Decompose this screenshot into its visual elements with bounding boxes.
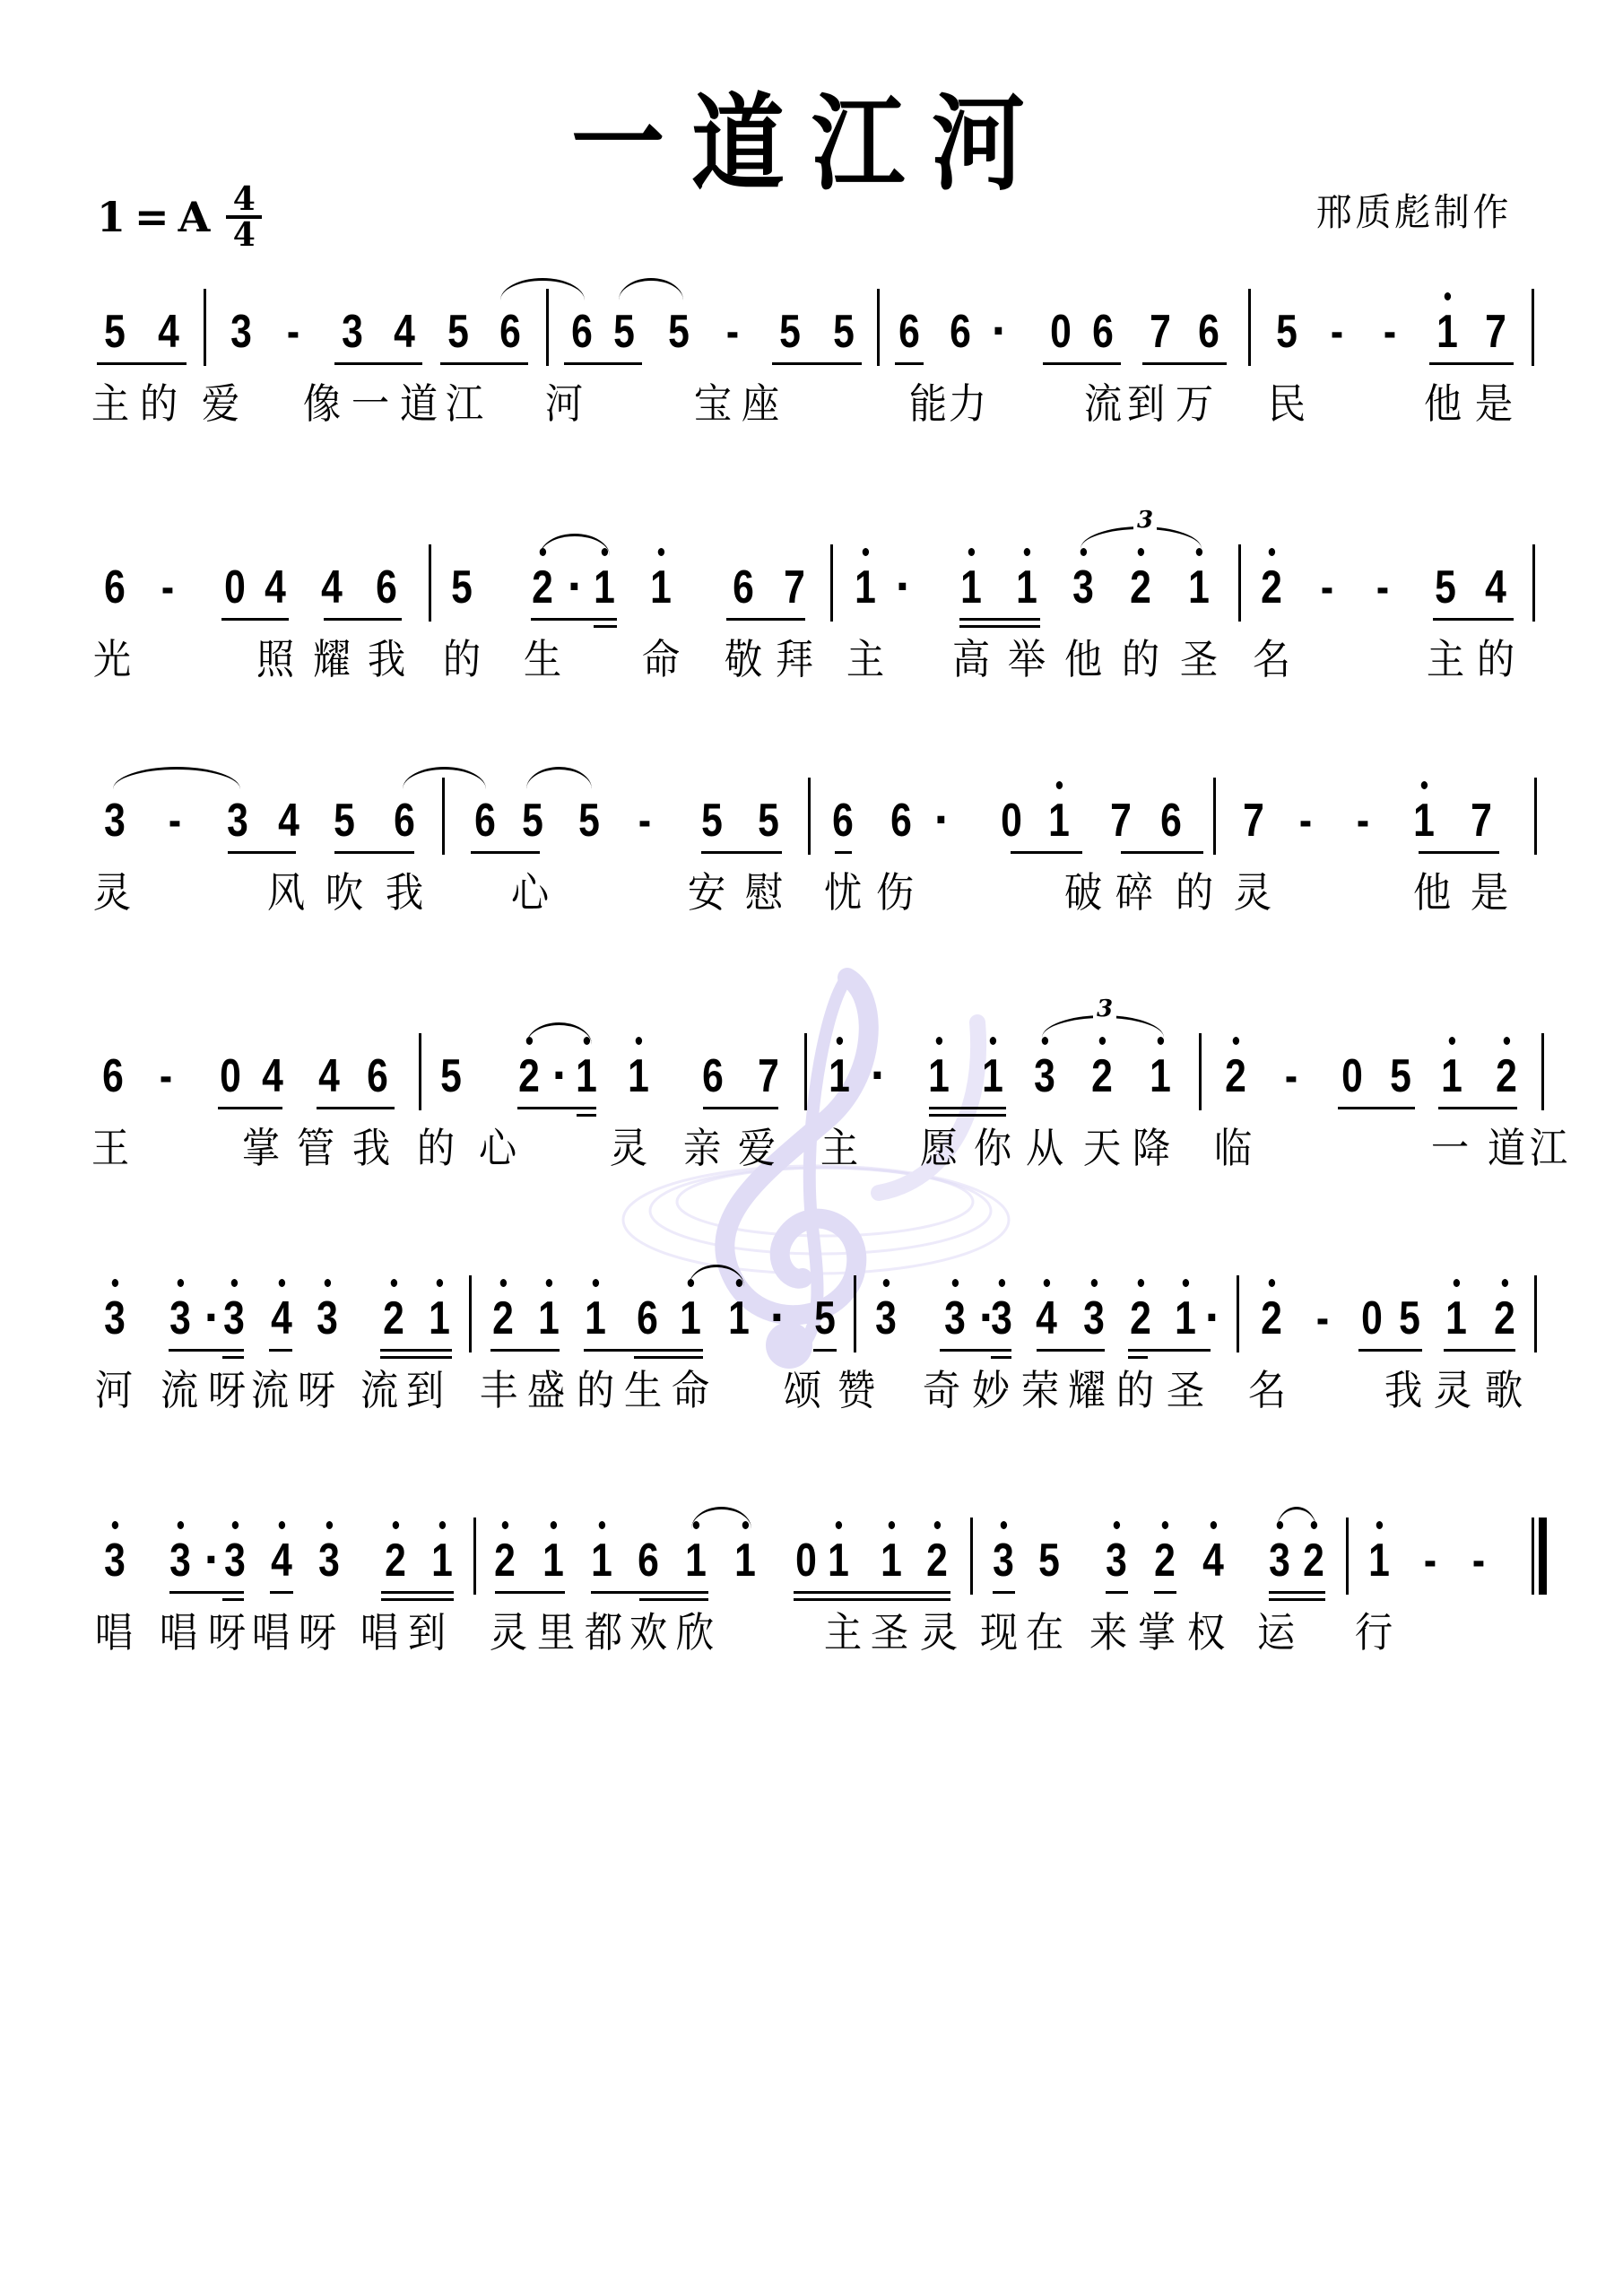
barline (877, 289, 880, 366)
lyric-char: 名 (1245, 1363, 1289, 1417)
extension-dash: - (1464, 1534, 1494, 1587)
lyric-char: 安 (684, 865, 729, 919)
high-octave-dot-icon (1099, 1037, 1106, 1045)
note: 1 (731, 1534, 760, 1587)
barline (1534, 778, 1537, 855)
lyric-char: 圣 (1163, 1363, 1208, 1417)
high-octave-dot-icon (1114, 1521, 1120, 1529)
lyric-char: 妙 (968, 1363, 1013, 1417)
underline-beam (703, 1107, 778, 1109)
note: 1 (624, 1049, 654, 1103)
note: 4 (315, 1049, 344, 1103)
score-row: 6-044652·11671·113212--543光照耀我的生命敬拜主高举他的… (0, 561, 1623, 740)
note: 3 (1080, 1291, 1109, 1345)
lyric-char: 欢 (626, 1605, 671, 1659)
note: 2 (1257, 561, 1287, 614)
note: 5 (811, 1291, 840, 1345)
high-octave-dot-icon (1196, 548, 1202, 556)
final-barline-thin (1532, 1518, 1534, 1595)
note: 1 (676, 1291, 706, 1345)
lyric-char: 赞 (834, 1363, 879, 1417)
high-octave-dot-icon (1449, 1037, 1455, 1045)
underline-beam (1358, 1349, 1422, 1352)
note: 5 (1272, 305, 1302, 359)
note: 3 (166, 1534, 195, 1587)
underline-beam (1128, 1349, 1211, 1352)
note: 1 (681, 1534, 711, 1587)
underline-beam (380, 1356, 452, 1359)
lyric-char: 灵 (1430, 1363, 1475, 1417)
underline-beam (495, 1591, 565, 1594)
lyric-char: 呀 (204, 1363, 249, 1417)
barline (1532, 289, 1534, 366)
underline-beam (471, 851, 540, 854)
underline-beam (221, 618, 289, 621)
extension-dash: - (1308, 1291, 1338, 1345)
lyric-char: 到 (403, 1363, 447, 1417)
lyric-char: 到 (1124, 377, 1168, 430)
lyric-char: 流 (247, 1363, 292, 1417)
high-octave-dot-icon (1269, 548, 1275, 556)
note: 4 (1481, 561, 1511, 614)
underline-beam (1444, 1349, 1515, 1352)
lyric-char: 宝 (690, 377, 735, 430)
note: 1 (539, 1534, 568, 1587)
high-octave-dot-icon (1042, 1037, 1048, 1045)
note: 4 (1199, 1534, 1228, 1587)
lyric-char: 耀 (309, 632, 354, 686)
note: 4 (1032, 1291, 1062, 1345)
high-octave-dot-icon (112, 1521, 118, 1529)
lyric-char: 在 (1022, 1605, 1067, 1659)
note: 2 (1221, 1049, 1251, 1103)
note: 0 (221, 561, 250, 614)
slur-arc (403, 767, 486, 789)
note: 7 (1239, 794, 1269, 848)
lyric-char: 河 (91, 1363, 136, 1417)
lyric-char: 他 (1420, 377, 1465, 430)
underline-beam (577, 1114, 596, 1117)
lyric-char: 力 (945, 377, 990, 430)
high-octave-dot-icon (546, 1279, 552, 1287)
note: 2 (489, 1291, 518, 1345)
note: 3 (220, 1291, 249, 1345)
lyric-char: 降 (1129, 1121, 1174, 1175)
equals-sign: = (135, 190, 169, 244)
note: 2 (1299, 1534, 1329, 1587)
augmentation-dot-icon: · (991, 305, 1003, 359)
lyric-char: 的 (439, 632, 484, 686)
note: 2 (1126, 1291, 1156, 1345)
note: 5 (444, 305, 473, 359)
underline-beam (1338, 1107, 1415, 1109)
high-octave-dot-icon (837, 1037, 843, 1045)
note: 7 (1481, 305, 1511, 359)
high-octave-dot-icon (889, 1521, 895, 1529)
extension-dash: - (630, 794, 660, 848)
augmentation-dot-icon: · (551, 1049, 564, 1103)
lyric-char: 破 (1061, 865, 1106, 919)
triplet-number: 3 (1093, 997, 1116, 1021)
note: 3 (872, 1291, 901, 1345)
note: 1 (425, 1291, 455, 1345)
note: 0 (1338, 1049, 1367, 1103)
lyric-char: 丰 (476, 1363, 521, 1417)
note: 1 (825, 1049, 855, 1103)
note: 2 (1492, 1049, 1522, 1103)
lyric-char: 唱 (248, 1605, 293, 1659)
lyric-char: 呀 (294, 1363, 339, 1417)
lyric-char: 欣 (673, 1605, 717, 1659)
lyric-char: 河 (542, 377, 586, 430)
lyric-char: 唱 (156, 1605, 201, 1659)
triplet-number: 3 (1133, 509, 1157, 532)
underline-beam (380, 1349, 452, 1352)
note: 1 (1410, 794, 1439, 848)
note: 4 (267, 1291, 297, 1345)
extension-dash: - (718, 305, 748, 359)
high-octave-dot-icon (1044, 1279, 1050, 1287)
high-octave-dot-icon (999, 1279, 1005, 1287)
note: 1 (428, 1534, 457, 1587)
underline-beam (794, 1598, 950, 1601)
underline-beam (1037, 1349, 1105, 1352)
note: 3 (1265, 1534, 1295, 1587)
high-octave-dot-icon (1421, 781, 1428, 789)
lyric-char: 敬 (721, 632, 766, 686)
note: 2 (381, 1534, 411, 1587)
note: 3 (338, 305, 368, 359)
extension-dash: - (1277, 1049, 1306, 1103)
lyric-char: 圣 (1176, 632, 1221, 686)
note: 1 (824, 1534, 854, 1587)
underline-beam (1269, 1591, 1325, 1594)
lyric-char: 灵 (606, 1121, 651, 1175)
underline-beam (1154, 1591, 1176, 1594)
underline-beam (639, 1598, 708, 1601)
note: 5 (664, 305, 694, 359)
barline (854, 1275, 856, 1352)
lyric-char: 耀 (1064, 1363, 1109, 1417)
high-octave-dot-icon (1502, 1279, 1508, 1287)
note: 2 (1490, 1291, 1520, 1345)
barline (1532, 544, 1535, 622)
note: 4 (267, 1534, 297, 1587)
lyric-char: 亲 (680, 1121, 725, 1175)
high-octave-dot-icon (952, 1279, 959, 1287)
note: 5 (447, 561, 477, 614)
note: 7 (1467, 794, 1497, 848)
note: 6 (699, 1049, 728, 1103)
lyric-char: 荣 (1018, 1363, 1063, 1417)
high-octave-dot-icon (658, 548, 664, 556)
extension-dash: - (153, 561, 183, 614)
underline-beam (835, 851, 852, 854)
lyric-char: 运 (1254, 1605, 1298, 1659)
note: 3 (1102, 1534, 1132, 1587)
note: 1 (978, 1049, 1008, 1103)
underline-beam (169, 1591, 244, 1594)
high-octave-dot-icon (439, 1521, 446, 1529)
lyric-char: 我 (382, 865, 427, 919)
note: 3 (166, 1291, 195, 1345)
underline-beam (929, 1107, 1006, 1109)
barline (804, 1033, 807, 1110)
lyric-char: 心 (508, 865, 552, 919)
high-octave-dot-icon (232, 1521, 239, 1529)
note: 1 (1437, 1049, 1467, 1103)
underline-beam (228, 851, 296, 854)
note: 4 (274, 794, 304, 848)
barline (808, 778, 811, 855)
note: 6 (729, 561, 759, 614)
note: 2 (1150, 1534, 1180, 1587)
high-octave-dot-icon (1162, 1521, 1168, 1529)
lyric-char: 盛 (524, 1363, 568, 1417)
augmentation-dot-icon: · (1204, 1291, 1217, 1345)
high-octave-dot-icon (990, 1037, 996, 1045)
underline-beam (564, 362, 642, 365)
extension-dash: - (1313, 561, 1342, 614)
note: 4 (258, 1049, 288, 1103)
lyric-char: 的 (413, 1121, 458, 1175)
note: 6 (100, 561, 130, 614)
lyric-char: 主 (88, 377, 133, 430)
slur-arc (619, 278, 683, 300)
high-octave-dot-icon (231, 1279, 238, 1287)
lyric-char: 生 (621, 1363, 665, 1417)
underline-beam (222, 1598, 244, 1601)
underline-beam (490, 1349, 560, 1352)
lyric-char: 拜 (772, 632, 817, 686)
note: 6 (99, 1049, 128, 1103)
lyric-char: 吹 (322, 865, 367, 919)
underline-beam (169, 1349, 244, 1352)
lyric-char: 道 (396, 377, 441, 430)
note: 1 (851, 561, 881, 614)
high-octave-dot-icon (968, 548, 975, 556)
extension-dash: - (279, 305, 308, 359)
lyric-char: 流 (1081, 377, 1125, 430)
barline (1213, 778, 1216, 855)
lyric-char: 管 (293, 1121, 338, 1175)
note: 5 (437, 1049, 466, 1103)
note: 1 (1171, 1291, 1201, 1345)
note: 7 (1146, 305, 1176, 359)
lyric-char: 唱 (357, 1605, 402, 1659)
lyric-char: 高 (949, 632, 994, 686)
note: 3 (987, 1291, 1017, 1345)
lyric-char: 碎 (1112, 865, 1157, 919)
barline (419, 1033, 421, 1110)
underline-beam (517, 1107, 596, 1109)
lyric-char: 忧 (820, 865, 865, 919)
note: 5 (518, 794, 548, 848)
note: 7 (1107, 794, 1136, 848)
underline-beam (440, 362, 528, 365)
extension-dash: - (1368, 561, 1398, 614)
high-octave-dot-icon (836, 1521, 842, 1529)
score-row: 33·34321211611011235324321--唱唱呀唱呀唱到灵里都欢欣… (0, 1534, 1623, 1713)
note: 3 (313, 1291, 343, 1345)
note: 3 (223, 794, 253, 848)
barline (1534, 1275, 1537, 1352)
high-octave-dot-icon (883, 1279, 890, 1287)
note: 5 (330, 794, 360, 848)
lyric-char: 的 (573, 1363, 618, 1417)
underline-beam (701, 851, 782, 854)
note: 2 (1126, 561, 1156, 614)
note: 3 (227, 305, 256, 359)
underline-beam (317, 1107, 395, 1109)
lyric-char: 颂 (780, 1363, 825, 1417)
final-barline (1532, 1518, 1548, 1595)
note: 7 (780, 561, 810, 614)
lyric-char: 奇 (919, 1363, 964, 1417)
barline (204, 289, 206, 366)
note: 4 (317, 561, 347, 614)
note: 6 (1194, 305, 1224, 359)
underline-beam (334, 851, 414, 854)
augmentation-dot-icon: · (567, 561, 579, 614)
high-octave-dot-icon (1376, 1521, 1383, 1529)
note: 3 (100, 1291, 130, 1345)
lyric-char: 名 (1249, 632, 1294, 686)
lyric-char: 命 (668, 1363, 713, 1417)
high-octave-dot-icon (934, 1521, 941, 1529)
note: 7 (754, 1049, 784, 1103)
note: 1 (587, 1534, 617, 1587)
high-octave-dot-icon (437, 1279, 443, 1287)
underline-beam (940, 1349, 1011, 1352)
note: 6 (568, 305, 597, 359)
lyric-char: 愿 (916, 1121, 961, 1175)
high-octave-dot-icon (1233, 1037, 1239, 1045)
note: 5 (754, 794, 784, 848)
note: 4 (390, 305, 420, 359)
underline-beam (270, 1591, 293, 1594)
underline-beam (991, 1356, 1011, 1359)
extension-dash: - (1376, 305, 1405, 359)
underline-beam (1269, 1598, 1325, 1601)
tonic-label: 1 (97, 190, 126, 244)
slur-arc (691, 1507, 751, 1529)
score-row: 6-044652·11671·113212-05123王掌管我的心灵亲爱主愿你从… (0, 1049, 1623, 1229)
underline-beam (218, 1107, 282, 1109)
note: 3 (315, 1534, 344, 1587)
high-octave-dot-icon (500, 1279, 507, 1287)
high-octave-dot-icon (112, 1279, 118, 1287)
lyric-char: 我 (349, 1121, 394, 1175)
note: 5 (829, 305, 859, 359)
note: 3 (100, 1534, 130, 1587)
underline-beam (929, 1114, 1006, 1117)
note: 6 (829, 794, 858, 848)
extension-dash: - (1291, 794, 1321, 848)
barline (1541, 1033, 1544, 1110)
high-octave-dot-icon (1454, 1279, 1460, 1287)
underline-beam (813, 1349, 837, 1352)
lyric-char: 里 (534, 1605, 578, 1659)
note: 1 (1442, 1291, 1471, 1345)
lyric-char: 座 (738, 377, 783, 430)
lyric-char: 照 (253, 632, 298, 686)
high-octave-dot-icon (1001, 1521, 1007, 1529)
lyric-char: 掌 (1134, 1605, 1179, 1659)
note: 0 (997, 794, 1027, 848)
lyric-char: 命 (638, 632, 683, 686)
high-octave-dot-icon (279, 1279, 285, 1287)
note: 6 (634, 1534, 664, 1587)
lyric-char: 爱 (734, 1121, 779, 1175)
underline-beam (1419, 851, 1499, 854)
note: 3 (100, 794, 130, 848)
barline (830, 544, 833, 622)
augmentation-dot-icon: · (769, 1291, 782, 1345)
underline-beam (222, 1356, 244, 1359)
high-octave-dot-icon (1211, 1521, 1217, 1529)
underline-beam (584, 1349, 703, 1352)
lyric-char: 呀 (295, 1605, 340, 1659)
key-name: A (178, 190, 211, 244)
lyric-char: 行 (1351, 1605, 1396, 1659)
high-octave-dot-icon (391, 1279, 397, 1287)
slur-arc (1277, 1507, 1316, 1529)
lyric-char: 心 (475, 1121, 520, 1175)
time-signature-top: 4 (233, 184, 256, 214)
note: 5 (1386, 1049, 1416, 1103)
lyric-char: 江 (1526, 1121, 1571, 1175)
barline (1248, 289, 1251, 366)
high-octave-dot-icon (1024, 548, 1030, 556)
note: 0 (216, 1049, 246, 1103)
underline-beam (993, 1591, 1015, 1594)
barline (1199, 1033, 1202, 1110)
slur-arc (113, 767, 240, 789)
underline-beam (726, 618, 805, 621)
note: 4 (261, 561, 291, 614)
note: 5 (575, 794, 604, 848)
note: 3 (941, 1291, 970, 1345)
underline-beam (1429, 362, 1514, 365)
note: 1 (534, 1291, 564, 1345)
barline (473, 1518, 476, 1595)
note: 0 (1358, 1291, 1387, 1345)
note: 5 (100, 305, 130, 359)
note: 1 (581, 1291, 611, 1345)
lyric-char: 现 (976, 1605, 1021, 1659)
high-octave-dot-icon (1138, 1279, 1144, 1287)
high-octave-dot-icon (593, 1279, 599, 1287)
high-octave-dot-icon (1056, 781, 1063, 789)
score-row: 33·34321211611·533·34321·2-0512河流呀流呀流到丰盛… (0, 1291, 1623, 1471)
note: 3 (1069, 561, 1098, 614)
note: 6 (1089, 305, 1118, 359)
high-octave-dot-icon (1158, 1037, 1164, 1045)
note: 6 (895, 305, 924, 359)
lyric-char: 主 (817, 1121, 862, 1175)
lyric-char: 风 (264, 865, 308, 919)
underline-beam (1011, 851, 1082, 854)
author-credit: 邢质彪制作 (1316, 190, 1513, 235)
lyric-char: 的 (1118, 632, 1163, 686)
note: 6 (372, 561, 402, 614)
note: 2 (515, 1049, 544, 1103)
lyric-char: 都 (581, 1605, 626, 1659)
note: 6 (1157, 794, 1186, 848)
underline-beam (324, 618, 402, 621)
note: 1 (924, 1049, 954, 1103)
